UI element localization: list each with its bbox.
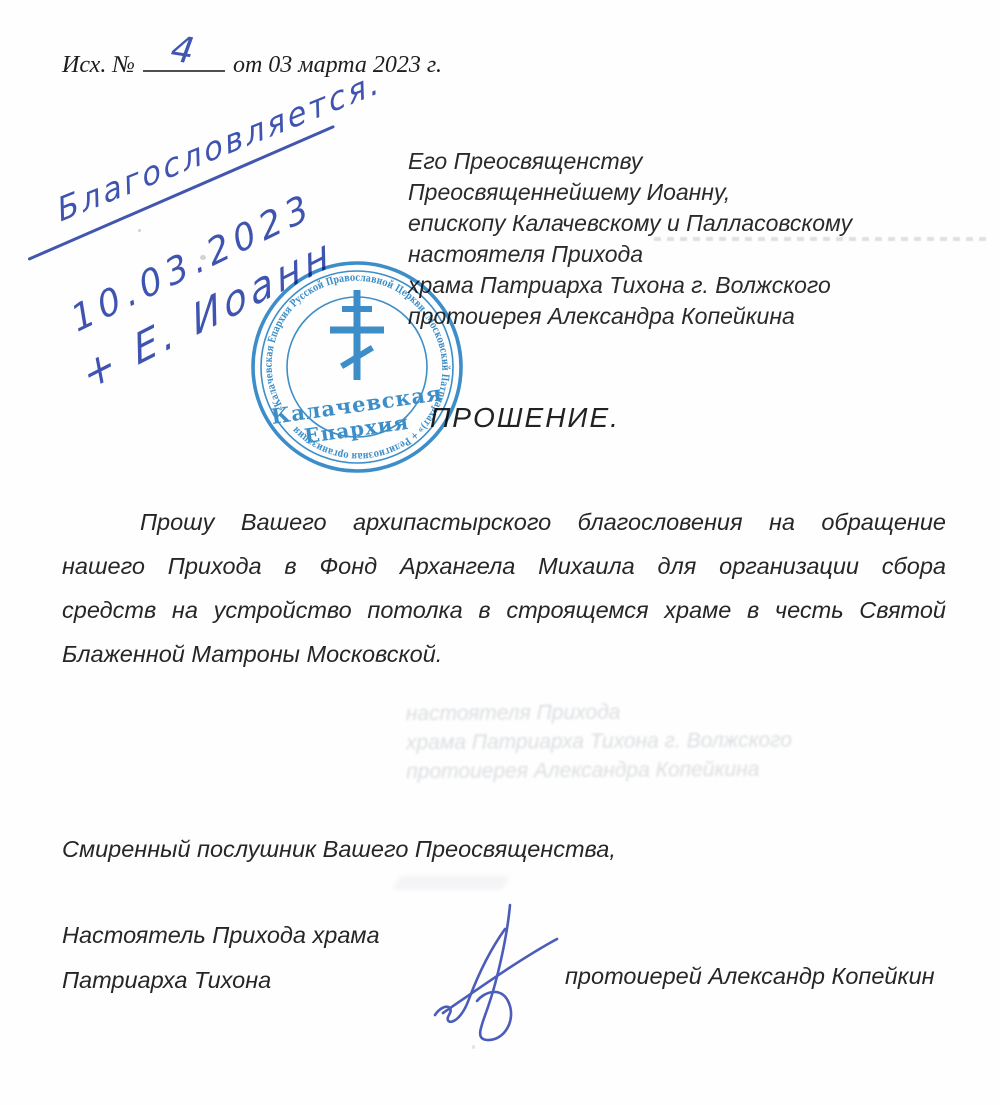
recipient-block: Его Преосвященству Преосвященнейшему Иоа… — [408, 146, 852, 332]
body-line: нашего Прихода в Фонд Архангела Михаила … — [62, 544, 946, 588]
ref-number-blank: 4 — [143, 48, 225, 72]
scanned-letter-page: Исх. №4от 03 марта 2023 г. Благословляет… — [0, 0, 1000, 1105]
closing-line: Смиренный послушник Вашего Преосвященств… — [62, 836, 616, 863]
ghost-bleedthrough-text: настоятеля Прихода храма Патриарха Тихон… — [406, 697, 793, 787]
recipient-line: настоятеля Прихода — [408, 239, 852, 270]
handwritten-blessing-word: Благословляется. — [54, 62, 385, 230]
recipient-line: храма Патриарха Тихона г. Волжского — [408, 270, 852, 301]
signoff-position-line1: Настоятель Прихода храма — [62, 922, 380, 949]
signoff-position-line2: Патриарха Тихона — [62, 967, 271, 994]
ghost-line: протоиерея Александра Копейкина — [406, 755, 792, 787]
ghost-line: храма Патриарха Тихона г. Волжского — [406, 726, 792, 758]
ref-suffix: от 03 марта 2023 г. — [233, 52, 442, 78]
petition-body: Прошу Вашего архипастырского благословен… — [62, 500, 946, 676]
ref-prefix: Исх. № — [62, 52, 135, 78]
recipient-line: Его Преосвященству — [408, 146, 852, 177]
handwritten-number: 4 — [168, 28, 197, 72]
recipient-line: епископу Калачевскому и Палласовскому — [408, 208, 852, 239]
signoff-priest-name: протоиерей Александр Копейкин — [565, 963, 935, 990]
recipient-line: Преосвященнейшему Иоанну, — [408, 177, 852, 208]
body-line: средств на устройство потолка в строящем… — [62, 588, 946, 632]
diocese-stamp: «Калачевская Епархия Русской Православно… — [246, 256, 468, 478]
body-line: Блаженной Матроны Московской. — [62, 632, 946, 676]
priest-signature — [415, 893, 570, 1043]
scan-smudge — [393, 876, 510, 890]
scan-speck — [138, 229, 141, 232]
scan-speck — [472, 1045, 475, 1049]
body-line: Прошу Вашего архипастырского благословен… — [62, 500, 946, 544]
recipient-line: протоиерея Александра Копейкина — [408, 301, 852, 332]
orthodox-cross-icon — [330, 290, 384, 380]
outgoing-number-line: Исх. №4от 03 марта 2023 г. — [62, 48, 442, 79]
ghost-line: настоятеля Прихода — [406, 697, 792, 729]
